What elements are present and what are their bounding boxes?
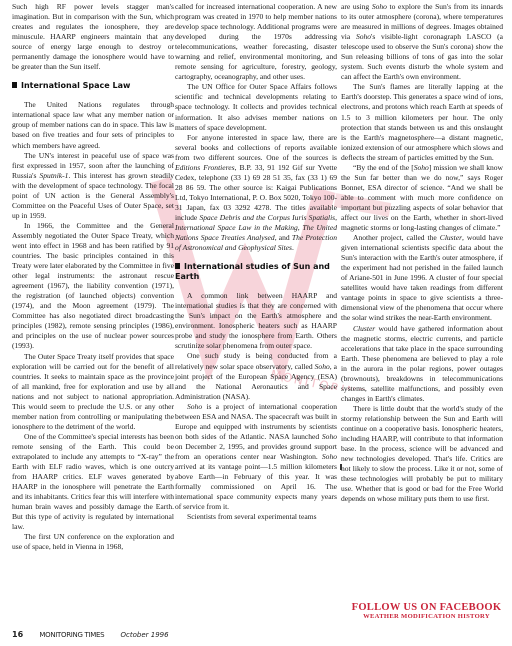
paragraph: called for increased international coope… [175,2,337,82]
paragraph: Soho is a project of international coope… [175,402,337,513]
paragraph: Another project, called the Cluster, wou… [341,233,503,323]
paragraph: The Sun's flames are literally lapping a… [341,82,503,162]
issue-date: October 1996 [121,631,169,639]
column-1: Such high RF power levels stagger man's … [12,2,174,552]
magazine-name: MONITORING TIMES [39,631,104,639]
facebook-promo[interactable]: FOLLOW US ON FACEBOOK WEATHER MODIFICATI… [345,603,508,621]
paragraph: The UN's interest in peaceful use of spa… [12,151,174,221]
column-2: called for increased international coope… [175,2,337,522]
paragraph: The Outer Space Treaty itself provides t… [12,352,174,432]
paragraph: The United Nations regulates through int… [12,100,174,150]
paragraph: There is little doubt that the world's s… [341,404,503,504]
section-heading: International studies of Sun and Earth [175,262,337,282]
paragraph: A common link between HAARP and internat… [175,291,337,351]
page-footer: 16 MONITORING TIMES October 1996 [12,630,169,639]
heading-bullet-icon [175,263,180,269]
paragraph: The first UN conference on the explorati… [12,532,174,552]
paragraph: Such high RF power levels stagger man's … [12,2,174,72]
promo-line-2: WEATHER MODIFICATION HISTORY [345,613,508,621]
section-heading: International Space Law [12,81,174,91]
margin-mark [340,464,342,470]
paragraph: One such study is being conducted from a… [175,351,337,401]
heading-bullet-icon [12,82,17,88]
paragraph: “By the end of the [Soho] mission we sha… [341,163,503,233]
promo-line-1[interactable]: FOLLOW US ON FACEBOOK [345,603,508,613]
column-3: are using Soho to explore the Sun's from… [341,2,503,504]
paragraph: For anyone interested in space law, ther… [175,133,337,254]
heading-text: International Space Law [21,81,130,90]
paragraph: The UN Office for Outer Space Affairs fo… [175,82,337,132]
paragraph: Scientists from several experimental tea… [175,512,337,522]
heading-text: International studies of Sun and Earth [175,262,330,281]
paragraph: Cluster would have gathered information … [341,324,503,404]
page-number: 16 [12,630,23,639]
paragraph: In 1966, the Committee and the General A… [12,221,174,352]
paragraph: One of the Committee's special interests… [12,432,174,532]
paragraph: are using Soho to explore the Sun's from… [341,2,503,82]
